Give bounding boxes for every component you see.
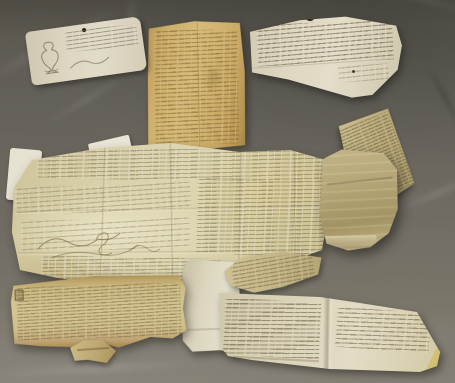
handwriting-block — [154, 30, 239, 146]
bifolium-surface — [214, 288, 454, 380]
booklet-bundle — [316, 147, 402, 255]
fabric-crease — [425, 63, 455, 132]
urn-sketch — [34, 38, 64, 75]
ink-dot — [352, 70, 355, 73]
document-folded-booklet — [318, 112, 413, 260]
pendant-tag — [69, 337, 116, 363]
crumple-line — [77, 347, 109, 351]
photo-antique-manuscripts — [0, 0, 455, 383]
fold-crease — [327, 176, 392, 185]
handwriting-lines — [65, 24, 139, 52]
handwriting-left-leaf — [222, 298, 320, 359]
document-vertical-manuscript — [145, 19, 247, 151]
bundle-surface — [316, 147, 402, 255]
spine-fold — [322, 295, 333, 374]
ink-blot — [306, 16, 314, 21]
document-folded-letter — [246, 13, 404, 103]
handwriting-faint — [337, 63, 389, 83]
ragged-edge — [320, 235, 378, 249]
signature-flourish — [34, 223, 164, 267]
handwriting-band — [37, 147, 323, 181]
handwriting-block — [230, 251, 316, 293]
parchment-surface — [145, 19, 247, 151]
handwriting-dense — [16, 282, 181, 340]
handwriting-right-leaf — [335, 307, 431, 354]
handwriting-band — [196, 178, 327, 256]
signature-flourish — [67, 54, 113, 74]
document-open-bifolium — [214, 288, 454, 380]
stamp-doodle — [15, 290, 24, 301]
letter-surface — [246, 13, 404, 103]
tag-surface — [69, 337, 116, 363]
